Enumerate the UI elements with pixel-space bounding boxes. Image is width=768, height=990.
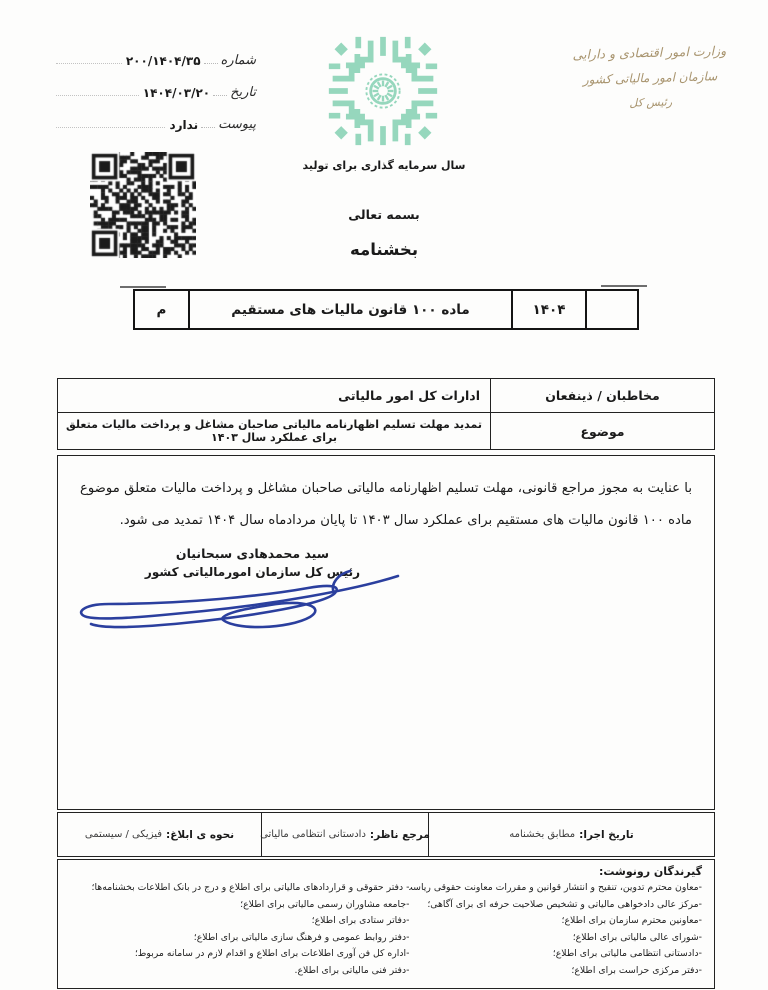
classification-empty-cell bbox=[587, 291, 637, 328]
notification-method-cell: نحوه ی ابلاغ: فیزیکی / سیستمی bbox=[58, 813, 262, 856]
footer-meta-row: تاریخ اجرا: مطابق بخشنامه مرجع ناظر: داد… bbox=[57, 812, 715, 857]
supervisor-value: دادستانی انتظامی مالیاتی bbox=[260, 829, 366, 840]
recipient-item: -دادستانی انتظامی مالیاتی برای اطلاع؛ bbox=[409, 946, 702, 963]
signer-role: رئیس کل bbox=[540, 89, 761, 118]
classification-subject-ref: ماده ۱۰۰ قانون مالیات های مستقیم bbox=[190, 291, 513, 328]
letter-date-label: تاریخ bbox=[230, 85, 258, 100]
audience-value: ادارات کل امور مالیاتی bbox=[58, 379, 490, 412]
supervisor-cell: مرجع ناظر: دادستانی انتظامی مالیاتی bbox=[262, 813, 429, 856]
dotted-leader bbox=[204, 63, 218, 64]
recipient-item: - دفتر حقوقی و قراردادهای مالیاتی برای ا… bbox=[70, 880, 409, 897]
execution-date-value: مطابق بخشنامه bbox=[509, 829, 575, 840]
notification-method-label: نحوه ی ابلاغ: bbox=[166, 829, 234, 841]
audience-label: مخاطبان / ذینفعان bbox=[490, 379, 714, 412]
recipient-item: -جامعه مشاوران رسمی مالیاتی برای اطلاع؛ bbox=[70, 897, 409, 914]
supervisor-label: مرجع ناظر: bbox=[370, 829, 430, 841]
letter-number-row: شماره ۲۰۰/۱۴۰۴/۳۵ bbox=[56, 44, 258, 68]
besmellah-text: بسمه تعالی bbox=[0, 207, 768, 222]
recipient-item: -معاونین محترم سازمان برای اطلاع؛ bbox=[409, 913, 702, 930]
letter-number-label: شماره bbox=[221, 53, 258, 68]
signer-name: سید محمدهادی سبحانیان bbox=[135, 546, 370, 561]
circular-body-text: با عنایت به مجوز مراجع قانونی، مهلت تسلی… bbox=[58, 456, 714, 538]
recipient-item: -دفاتر ستادی برای اطلاع؛ bbox=[70, 913, 409, 930]
dotted-leader bbox=[56, 95, 139, 96]
recipient-item: -دفتر روابط عمومی و فرهنگ سازی مالیاتی ب… bbox=[70, 930, 409, 947]
dotted-leader bbox=[213, 95, 227, 96]
subject-label: موضوع bbox=[490, 413, 714, 449]
signature-block: سید محمدهادی سبحانیان رئیس کل سازمان امو… bbox=[135, 546, 370, 579]
recipient-item: -دفتر فنی مالیاتی برای اطلاع. bbox=[70, 963, 409, 980]
recipient-item: -مرکز عالی دادخواهی مالیاتی و تشخیص صلاح… bbox=[409, 897, 702, 914]
tax-administration-logo-icon bbox=[326, 34, 440, 148]
signer-title: رئیس کل سازمان امورمالیاتی کشور bbox=[135, 565, 370, 579]
letter-date-value: ۱۴۰۴/۰۳/۲۰ bbox=[143, 86, 210, 100]
letter-meta-block: شماره ۲۰۰/۱۴۰۴/۳۵ تاریخ ۱۴۰۴/۰۳/۲۰ پیوست… bbox=[56, 44, 258, 140]
copy-recipients-columns: -معاون محترم تدوین، تنقیح و انتشار قوانی… bbox=[66, 880, 702, 979]
info-table: مخاطبان / ذینفعان ادارات کل امور مالیاتی… bbox=[57, 378, 715, 450]
letter-number-value: ۲۰۰/۱۴۰۴/۳۵ bbox=[126, 54, 201, 68]
subject-value: تمدید مهلت تسلیم اظهارنامه مالیاتی صاحبا… bbox=[58, 413, 490, 449]
classification-serial-letter: م bbox=[135, 291, 190, 328]
letter-attachment-value: ندارد bbox=[169, 118, 198, 132]
copy-recipients-box: گیرندگان رونوشت: -معاون محترم تدوین، تنق… bbox=[57, 859, 715, 989]
circular-body-box: با عنایت به مجوز مراجع قانونی، مهلت تسلی… bbox=[57, 455, 715, 810]
classification-year: ۱۴۰۴ bbox=[513, 291, 587, 328]
classification-strip: ۱۴۰۴ ماده ۱۰۰ قانون مالیات های مستقیم م bbox=[133, 289, 639, 330]
dotted-leader bbox=[56, 63, 122, 64]
document-type-title: بخشنامه bbox=[0, 240, 768, 259]
recipients-right-column: -معاون محترم تدوین، تنقیح و انتشار قوانی… bbox=[409, 880, 702, 979]
dotted-leader bbox=[56, 127, 165, 128]
recipients-left-column: - دفتر حقوقی و قراردادهای مالیاتی برای ا… bbox=[66, 880, 409, 979]
execution-date-cell: تاریخ اجرا: مطابق بخشنامه bbox=[429, 813, 714, 856]
letter-attachment-label: پیوست bbox=[218, 117, 258, 132]
dotted-leader bbox=[201, 127, 215, 128]
notification-method-value: فیزیکی / سیستمی bbox=[85, 829, 162, 840]
subject-row: موضوع تمدید مهلت تسلیم اظهارنامه مالیاتی… bbox=[58, 412, 714, 449]
decorative-dash bbox=[120, 286, 166, 288]
recipient-item: -اداره کل فن آوری اطلاعات برای اطلاع و ا… bbox=[70, 946, 409, 963]
recipient-item: -دفتر مرکزی حراست برای اطلاع؛ bbox=[409, 963, 702, 980]
copy-recipients-header: گیرندگان رونوشت: bbox=[66, 865, 702, 878]
letter-date-row: تاریخ ۱۴۰۴/۰۳/۲۰ bbox=[56, 76, 258, 100]
circular-document-page: شماره ۲۰۰/۱۴۰۴/۳۵ تاریخ ۱۴۰۴/۰۳/۲۰ پیوست… bbox=[0, 0, 768, 990]
decorative-dash bbox=[601, 285, 647, 287]
ministry-letterhead: وزارت امور اقتصادی و دارایی سازمان امور … bbox=[539, 37, 761, 117]
audience-row: مخاطبان / ذینفعان ادارات کل امور مالیاتی bbox=[58, 379, 714, 412]
recipient-item: -شورای عالی مالیاتی برای اطلاع؛ bbox=[409, 930, 702, 947]
letter-attachment-row: پیوست ندارد bbox=[56, 108, 258, 132]
recipient-item: -معاون محترم تدوین، تنقیح و انتشار قوانی… bbox=[409, 880, 702, 897]
execution-date-label: تاریخ اجرا: bbox=[579, 829, 634, 841]
